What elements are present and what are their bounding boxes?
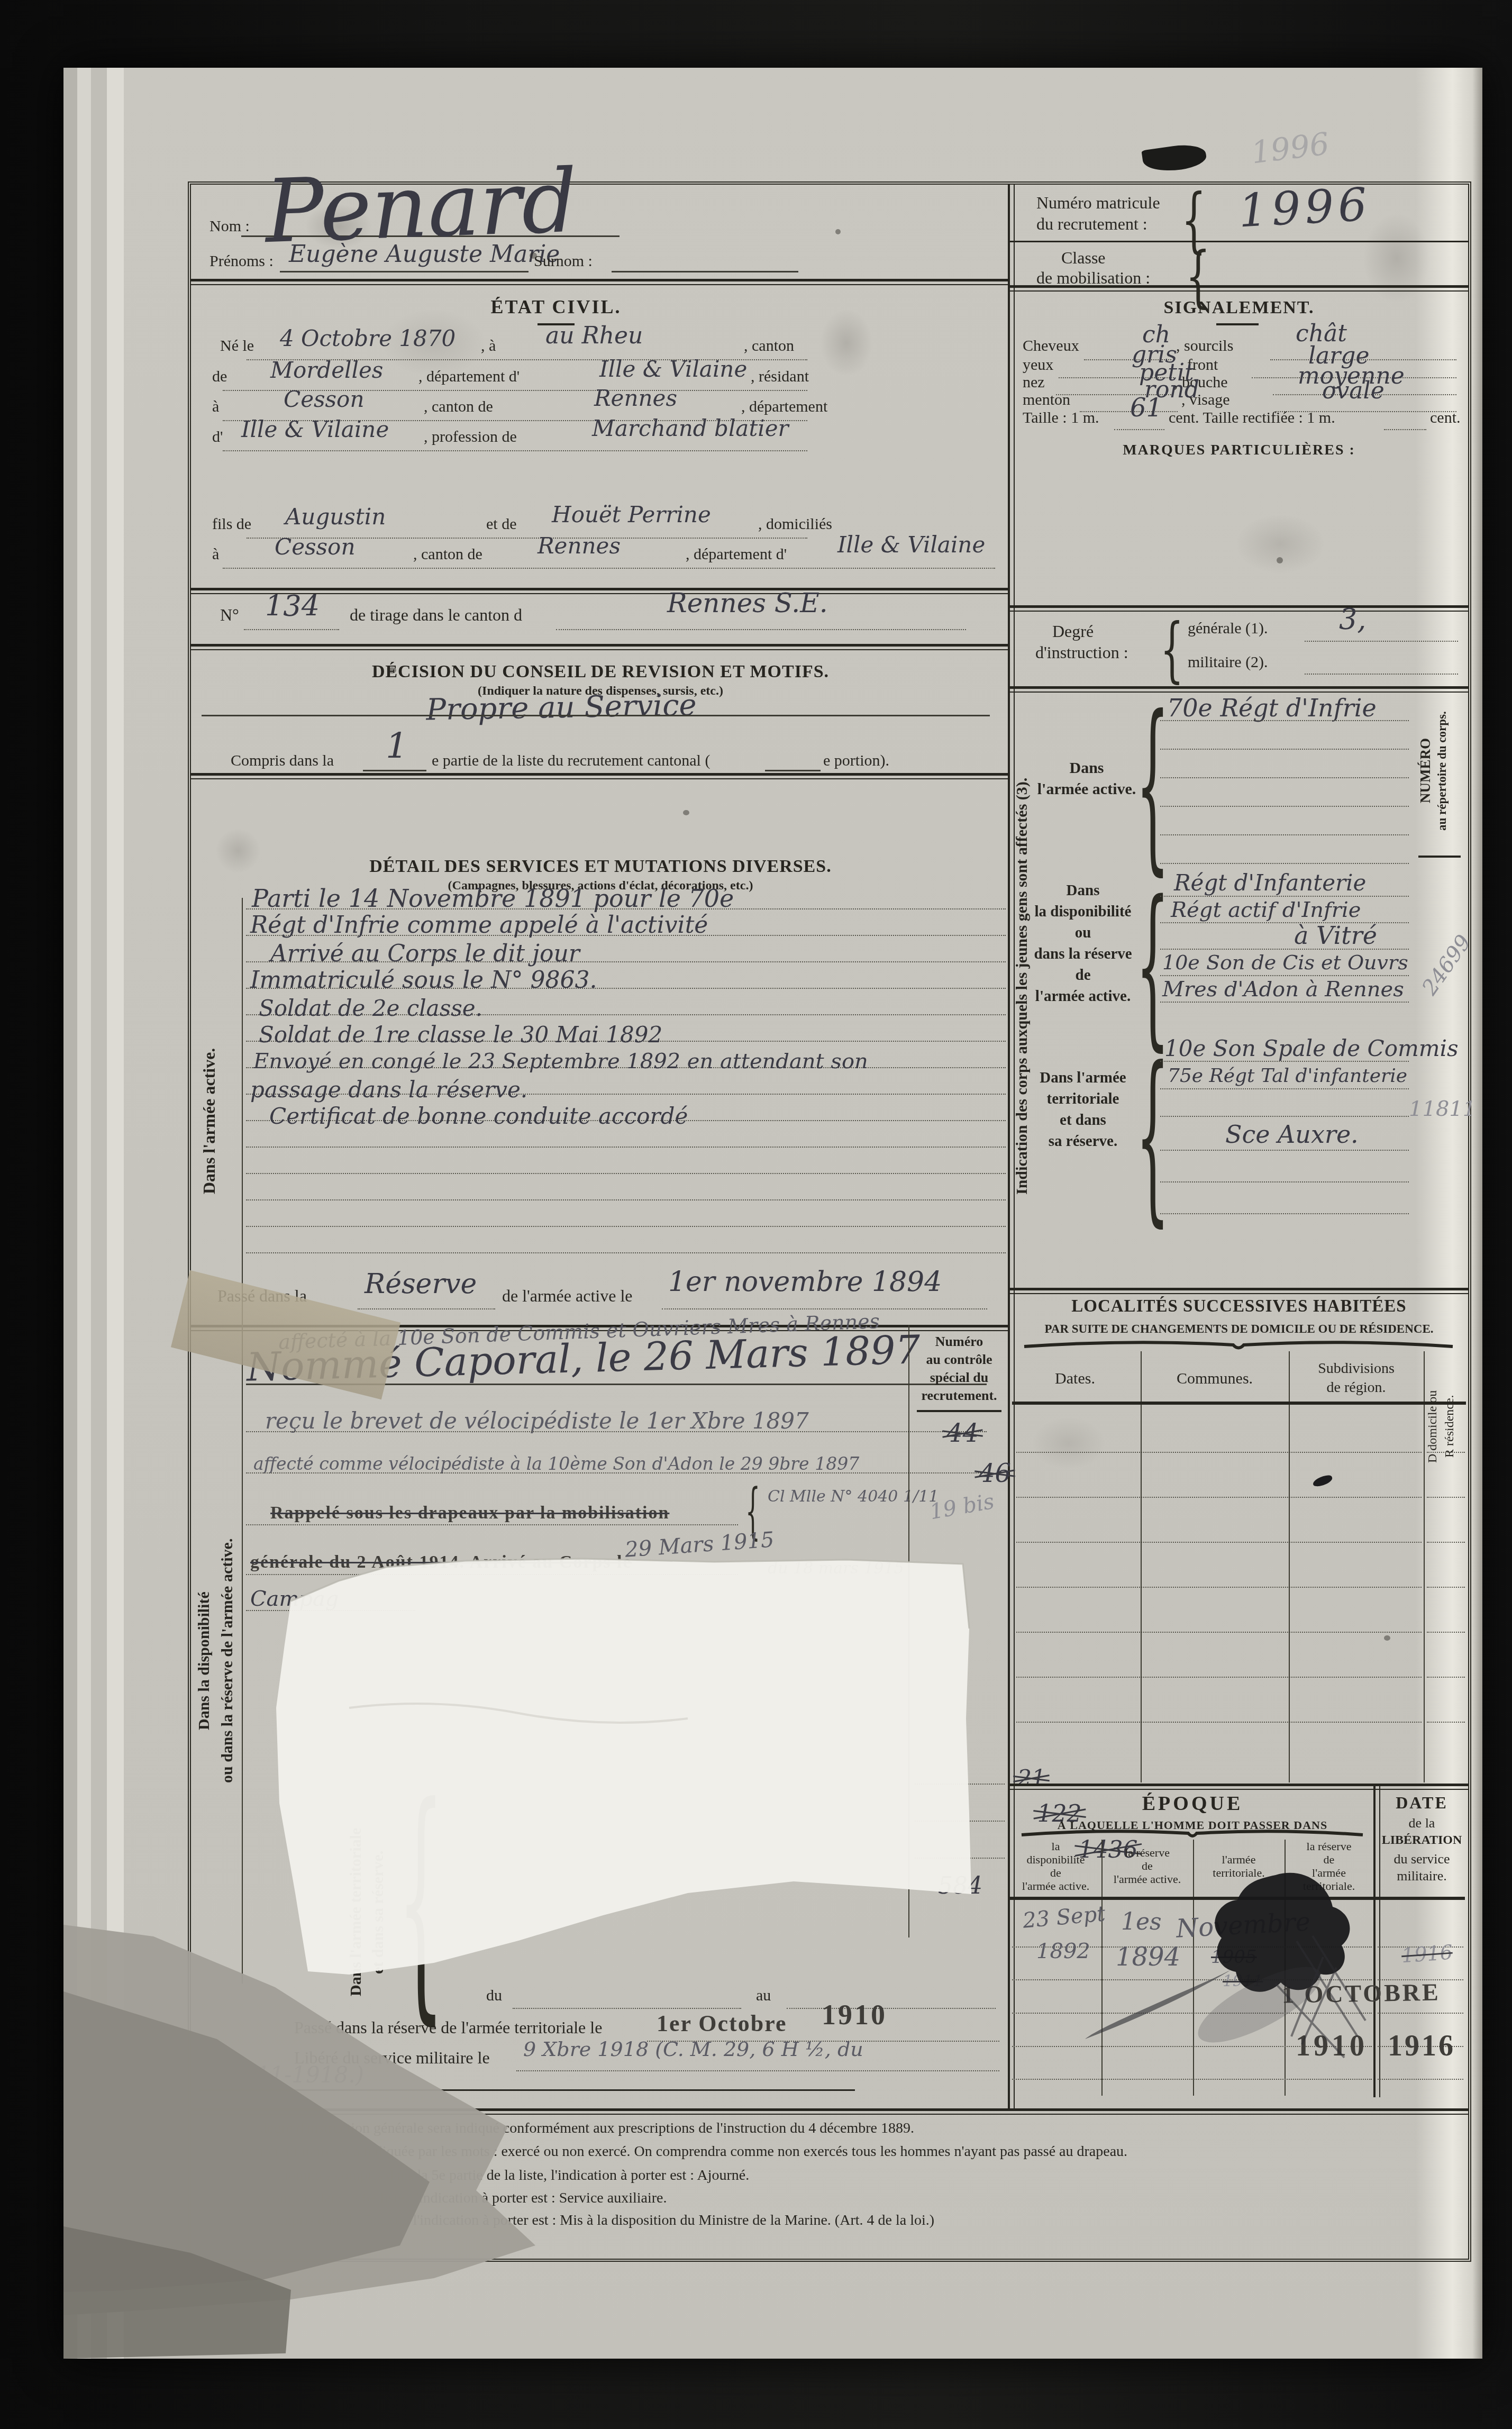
terr-value: Sce Auxre. bbox=[1225, 1120, 1359, 1149]
compris-partie: 1 bbox=[386, 725, 408, 766]
table-row-line bbox=[1427, 1677, 1465, 1678]
dispo-label: la disponibilité bbox=[1031, 903, 1135, 921]
repertoire-label: NUMÉRO bbox=[1417, 692, 1434, 850]
sidebar-territoriale-1: Dans l'armée territoriale bbox=[347, 1788, 365, 2036]
label: , résidant bbox=[751, 368, 809, 386]
degre-label: Degré bbox=[1052, 622, 1094, 641]
tirage-canton: Rennes S.E. bbox=[667, 588, 828, 618]
title-dash bbox=[1216, 323, 1259, 325]
write-line bbox=[1305, 674, 1458, 675]
brace: { bbox=[1160, 614, 1184, 685]
visage-value: ovale bbox=[1322, 377, 1385, 404]
service-entry: Régt d'Infrie comme appelé à l'activité bbox=[250, 912, 708, 939]
mobilisation-stamp: Rappelé sous les drapeaux par la mobilis… bbox=[270, 1503, 669, 1523]
brevet-note: reçu le brevet de vélocipédiste le 1er X… bbox=[265, 1408, 809, 1434]
terr-label: Dans l'armée bbox=[1031, 1069, 1135, 1087]
taille-cent-label: cent. bbox=[1430, 409, 1460, 427]
write-line bbox=[1160, 975, 1409, 976]
footnote: uction militaire sera indiquée par les m… bbox=[241, 2143, 1127, 2160]
brace: { bbox=[397, 1776, 444, 2028]
table-line bbox=[1141, 1351, 1142, 1782]
passe-territoriale-label: Passé dans la réserve de l'armée territo… bbox=[294, 2018, 602, 2037]
rule bbox=[1010, 686, 1468, 693]
octobre-stamp: 1er Octobre bbox=[657, 2010, 787, 2037]
write-line bbox=[1160, 1150, 1409, 1151]
dispo-value: Mres d'Adon à Rennes bbox=[1162, 977, 1404, 1002]
col-dr: D domicile ou bbox=[1426, 1355, 1440, 1498]
ink-splat bbox=[1311, 1474, 1333, 1488]
write-line bbox=[915, 1821, 1005, 1822]
date-header: de la bbox=[1378, 1815, 1466, 1831]
write-line bbox=[1114, 429, 1164, 430]
rule bbox=[1010, 1288, 1468, 1294]
tirage-label: de tirage dans le canton d bbox=[350, 605, 522, 625]
sidebar-disponibilite-2: ou dans la réserve de l'armée active. bbox=[218, 1349, 236, 1973]
repertoire-number: 11811 bbox=[1409, 1097, 1476, 1121]
rule bbox=[191, 279, 1010, 285]
rule bbox=[1418, 856, 1461, 858]
localites-title: LOCALITÉS SUCCESSIVES HABITÉES bbox=[1010, 1297, 1468, 1316]
militaire-label: militaire (2). bbox=[1188, 653, 1268, 671]
canton-naissance: Mordelles bbox=[270, 357, 383, 383]
rule bbox=[191, 773, 1010, 779]
dispo-label: Dans bbox=[1031, 882, 1135, 899]
write-line bbox=[246, 1431, 987, 1432]
armee-active-label2: l'armée active. bbox=[1036, 780, 1137, 798]
controle-note: Cl Mlle N° 4040 1/11 bbox=[768, 1487, 939, 1506]
label: , canton bbox=[744, 337, 794, 355]
photo-background: 1996 Nom : Penard Prénoms : Eugène Augus… bbox=[0, 0, 1512, 2429]
write-line bbox=[1160, 1116, 1409, 1117]
footnote: degré d'instruction générale sera indiqu… bbox=[260, 2120, 914, 2137]
arrive-date: 29 Mars 1915 bbox=[624, 1527, 775, 1562]
rule bbox=[1010, 241, 1468, 242]
classe-label: Classe bbox=[1061, 248, 1106, 268]
swash-divider bbox=[1022, 1338, 1455, 1352]
write-line bbox=[1160, 834, 1409, 835]
dispo-value: Régt actif d'Infrie bbox=[1171, 898, 1361, 922]
table-row-line bbox=[1427, 1632, 1465, 1633]
label: à bbox=[212, 545, 219, 563]
corps-active-value: 70e Régt d'Infrie bbox=[1167, 694, 1377, 722]
generale-label: générale (1). bbox=[1188, 620, 1268, 638]
epoque-title: ÉPOQUE bbox=[1010, 1792, 1375, 1815]
domicile-departement: Ille & Vilaine bbox=[837, 532, 985, 558]
etat-civil-title: ÉTAT CIVIL. bbox=[392, 296, 720, 318]
write-line bbox=[1160, 806, 1409, 807]
write-line bbox=[246, 1199, 1006, 1200]
table-line bbox=[1424, 1351, 1425, 1782]
label: d' bbox=[212, 428, 223, 446]
ink-speck bbox=[388, 667, 396, 674]
libere-value-2: 30-11-1918.) bbox=[220, 2062, 364, 2088]
service-entry: Arrivé au Corps le dit jour bbox=[270, 940, 580, 967]
epoque-value: 1916 bbox=[1401, 1941, 1454, 1968]
naissance-lieu: au Rheu bbox=[545, 322, 643, 349]
taille-label: Taille : 1 m. bbox=[1023, 409, 1099, 427]
passe-reserve-label2: de l'armée active le bbox=[502, 1286, 633, 1306]
write-line bbox=[662, 1308, 987, 1309]
matricule-value: 1996 bbox=[1237, 178, 1373, 238]
ink-speck bbox=[1384, 1635, 1390, 1641]
au-label: au bbox=[756, 1987, 771, 2005]
service-entry: Soldat de 2e classe. bbox=[259, 995, 482, 1021]
controle-value: 46 bbox=[979, 1459, 1011, 1488]
controle-header: Numéro bbox=[912, 1334, 1007, 1350]
pere: Augustin bbox=[285, 504, 386, 530]
left-number: 584 bbox=[938, 1872, 982, 1899]
controle-header: spécial du bbox=[912, 1370, 1007, 1386]
col-dates: Dates. bbox=[1014, 1370, 1136, 1388]
footnote: hommes compris dans la 5e partie de la l… bbox=[281, 2167, 749, 2184]
spine-strip bbox=[63, 68, 77, 2359]
spine-strip bbox=[91, 68, 107, 2359]
menton-label: menton bbox=[1023, 391, 1070, 409]
du-label: du bbox=[486, 1987, 502, 2005]
dispo-value: Régt d'Infanterie bbox=[1174, 870, 1366, 896]
libere-value: 9 Xbre 1918 (C. M. 29, 6 H ½, du bbox=[523, 2037, 863, 2061]
generale-value: 3, bbox=[1339, 603, 1367, 636]
table-row-line bbox=[1427, 1587, 1465, 1588]
terr-label: et dans bbox=[1031, 1112, 1135, 1129]
dispo-value: à Vitré bbox=[1294, 921, 1377, 950]
dispo-label: dans la réserve bbox=[1031, 945, 1135, 963]
write-line bbox=[246, 1147, 1006, 1148]
epoque-col-header: la réserve bbox=[1287, 1840, 1371, 1853]
sidebar-disponibilite-1: Dans la disponibilité bbox=[195, 1349, 213, 1973]
ink-splotch bbox=[1141, 142, 1207, 175]
dispo-label: ou bbox=[1031, 924, 1135, 942]
detail-title: DÉTAIL DES SERVICES ET MUTATIONS DIVERSE… bbox=[230, 857, 971, 877]
terr-label: sa réserve. bbox=[1031, 1133, 1135, 1150]
table-row-line bbox=[1016, 1722, 1422, 1723]
label: et de bbox=[486, 515, 516, 533]
armee-active-label: Dans bbox=[1036, 759, 1137, 777]
register-page: 1996 Nom : Penard Prénoms : Eugène Augus… bbox=[63, 68, 1482, 2359]
write-line bbox=[246, 1226, 1006, 1227]
label: , département d' bbox=[418, 368, 520, 386]
write-line bbox=[765, 770, 821, 771]
controle-value: 44 bbox=[946, 1418, 979, 1448]
write-line bbox=[1305, 641, 1458, 642]
cheveux-label: Cheveux bbox=[1023, 337, 1079, 355]
write-line bbox=[556, 629, 966, 630]
write-line bbox=[1160, 1002, 1409, 1003]
surnom-line bbox=[612, 271, 798, 272]
epoque-col-header: la réserve bbox=[1104, 1846, 1191, 1860]
footnote: x compris dans la 6e liste, l'indication… bbox=[254, 2190, 667, 2207]
col-dr2: R résidence. bbox=[1443, 1355, 1457, 1498]
write-line bbox=[516, 2070, 999, 2071]
label: , canton de bbox=[413, 545, 482, 563]
ne-le: Né le bbox=[220, 337, 254, 355]
service-entry: Immatriculé sous le N° 9863. bbox=[250, 967, 597, 994]
domicile-commune: Cesson bbox=[275, 534, 355, 560]
domicile-canton: Rennes bbox=[538, 533, 621, 559]
label: , canton de bbox=[424, 398, 493, 416]
taille-rect-label: cent. Taille rectifiée : 1 m. bbox=[1169, 409, 1335, 427]
passe-reserve-value: Réserve bbox=[365, 1268, 477, 1300]
write-line bbox=[1160, 949, 1409, 950]
write-line bbox=[246, 1173, 1006, 1174]
repertoire-number: 24699 bbox=[1417, 931, 1476, 1000]
write-line bbox=[246, 1610, 415, 1611]
table-row-line bbox=[1427, 1497, 1465, 1498]
rule bbox=[1012, 1402, 1466, 1405]
write-line bbox=[1160, 1213, 1409, 1214]
write-line bbox=[915, 1858, 1005, 1859]
epoque-col-header: la bbox=[1012, 1840, 1099, 1853]
residence-canton: Rennes bbox=[594, 385, 677, 411]
brace: { bbox=[1136, 1044, 1170, 1229]
stamp-1916: 1916 bbox=[1388, 2029, 1455, 2063]
rule bbox=[917, 1410, 1001, 1412]
table-row-line bbox=[1427, 1542, 1465, 1543]
repertoire-label2: au répertoire du corps. bbox=[1435, 692, 1449, 850]
label: , domiciliés bbox=[758, 515, 832, 533]
table-row-line bbox=[1016, 1542, 1422, 1543]
controle-note-2: du 18 mars 1915 bbox=[768, 1559, 904, 1578]
visage-label: , visage bbox=[1181, 391, 1230, 409]
write-line bbox=[246, 1524, 738, 1525]
ink-speck bbox=[530, 252, 537, 259]
rule bbox=[1010, 285, 1468, 292]
table-line bbox=[1289, 1351, 1290, 1782]
compris-label3: e portion). bbox=[823, 752, 889, 770]
table-row-line bbox=[1427, 1452, 1465, 1453]
passe-reserve-date: 1er novembre 1894 bbox=[668, 1266, 942, 1298]
sidebar-line bbox=[242, 1325, 243, 1984]
date-header: DATE bbox=[1378, 1793, 1466, 1813]
label: à bbox=[212, 398, 219, 416]
sidebar-armee-active: Dans l'armée active. bbox=[199, 920, 219, 1322]
dispo-label: l'armée active. bbox=[1031, 988, 1135, 1005]
rule bbox=[199, 2089, 855, 2091]
service-entry: Envoyé en congé le 23 Septembre 1892 en … bbox=[253, 1049, 868, 1074]
torn-fragment: Pour ceux bbox=[233, 2198, 289, 2216]
rule bbox=[191, 644, 1010, 650]
label: fils de bbox=[212, 515, 251, 533]
surnom-label: Surnom : bbox=[534, 252, 593, 270]
ink-speck bbox=[835, 229, 841, 234]
sidebar-indication-corps: Indication des corps auxquels les jeunes… bbox=[1013, 693, 1031, 1280]
write-line bbox=[1160, 1181, 1409, 1182]
form-frame: Nom : Penard Prénoms : Eugène Auguste Ma… bbox=[188, 181, 1471, 2262]
dispo-label: de bbox=[1031, 967, 1135, 984]
rule bbox=[1010, 605, 1468, 612]
controle-header: recrutement. bbox=[912, 1388, 1007, 1404]
numero-tirage: 134 bbox=[265, 589, 320, 623]
taille-value: 61 bbox=[1130, 393, 1162, 423]
write-line bbox=[244, 629, 339, 630]
yeux-label: yeux bbox=[1023, 356, 1053, 374]
departement-naissance: Ille & Vilaine bbox=[599, 356, 747, 382]
matricule-label: Numéro matricule bbox=[1036, 193, 1160, 213]
decision-title: DÉCISION DU CONSEIL DE REVISION ET MOTIF… bbox=[230, 662, 971, 682]
write-line bbox=[363, 770, 426, 771]
matricule-label2: du recrutement : bbox=[1036, 214, 1147, 234]
spine-strip bbox=[107, 68, 124, 2359]
write-line bbox=[358, 1308, 495, 1309]
table-row-line bbox=[1016, 1587, 1422, 1588]
write-line bbox=[223, 568, 995, 569]
terr-value: 75e Régt Tal d'infanterie bbox=[1168, 1065, 1407, 1087]
write-line bbox=[1160, 863, 1409, 864]
prenoms-value: Eugène Auguste Marie bbox=[289, 241, 560, 268]
nom-label: Nom : bbox=[210, 217, 250, 235]
table-row-line bbox=[1427, 1722, 1465, 1723]
sidebar-line bbox=[242, 898, 243, 1325]
service-entry: Certificat de bonne conduite accordé bbox=[269, 1103, 688, 1129]
compris-label2: e partie de la liste du recrutement cant… bbox=[432, 752, 710, 770]
velocipediste-note: affecté comme vélocipédiste à la 10ème S… bbox=[253, 1453, 859, 1474]
service-entry: Soldat de 1re classe le 30 Mai 1892 bbox=[259, 1022, 662, 1048]
dispo-value: 10e Son de Cis et Ouvrs bbox=[1162, 951, 1408, 974]
col-communes: Communes. bbox=[1141, 1370, 1289, 1388]
table-row-line bbox=[1016, 1497, 1422, 1498]
campagnes-note: Campag bbox=[250, 1587, 339, 1611]
col-subdivisions2: de région. bbox=[1289, 1379, 1424, 1396]
write-line bbox=[915, 1784, 1005, 1785]
annee-stamp: 1910 bbox=[822, 1998, 887, 2031]
controle-header: au contrôle bbox=[912, 1352, 1007, 1368]
residence-departement: Ille & Vilaine bbox=[241, 416, 389, 442]
date-header: LIBÉRATION bbox=[1378, 1833, 1466, 1848]
label: , à bbox=[481, 337, 496, 355]
nez-label: nez bbox=[1023, 374, 1045, 392]
signalement-title: SIGNALEMENT. bbox=[1010, 298, 1468, 318]
write-line bbox=[1160, 1088, 1409, 1089]
naissance-date: 4 Octobre 1870 bbox=[280, 325, 456, 351]
ink-blot bbox=[1048, 1862, 1397, 2095]
label: de bbox=[212, 368, 227, 386]
service-entry: passage dans la réserve. bbox=[250, 1077, 527, 1103]
ink-speck bbox=[683, 810, 689, 815]
write-line bbox=[246, 1472, 987, 1473]
label: , département d' bbox=[686, 545, 787, 563]
localites-subtitle: PAR SUITE DE CHANGEMENTS DE DOMICILE OU … bbox=[1010, 1322, 1468, 1336]
table-row-line bbox=[1016, 1677, 1422, 1678]
rule bbox=[191, 2108, 1468, 2115]
torn-fragment: Pour les bbox=[238, 2169, 283, 2187]
footnote: ompris dans la 7e liste, l'indication à … bbox=[273, 2212, 934, 2229]
write-line bbox=[1160, 720, 1409, 721]
write-line bbox=[202, 715, 990, 716]
rule bbox=[1010, 1784, 1468, 1790]
terr-label: territoriale bbox=[1031, 1090, 1135, 1108]
terr-value: 10e Son Spale de Commis bbox=[1164, 1035, 1459, 1061]
controle-column-line bbox=[908, 1325, 909, 1937]
write-line bbox=[246, 1252, 1006, 1253]
residence-commune: Cesson bbox=[284, 386, 364, 412]
write-line bbox=[223, 450, 807, 451]
write-line bbox=[1160, 896, 1409, 897]
service-entry: Parti le 14 Novembre 1891 pour le 70e bbox=[252, 884, 734, 913]
mere: Houët Perrine bbox=[552, 502, 711, 527]
compris-label: Compris dans la bbox=[231, 752, 334, 770]
label: , département bbox=[741, 398, 827, 416]
ink-speck bbox=[1277, 557, 1283, 563]
table-row-line bbox=[1016, 1632, 1422, 1633]
table-row-line bbox=[1016, 1452, 1422, 1453]
profession: Marchand blatier bbox=[592, 415, 789, 441]
write-line bbox=[246, 1574, 738, 1575]
write-line bbox=[1384, 429, 1426, 430]
prenoms-label: Prénoms : bbox=[210, 252, 274, 270]
marques-label: MARQUES PARTICULIÈRES : bbox=[1010, 442, 1468, 459]
write-line bbox=[787, 2008, 996, 2009]
spine-strip bbox=[77, 68, 91, 2359]
write-line bbox=[513, 2008, 741, 2009]
prenoms-line bbox=[280, 271, 529, 272]
write-line bbox=[1160, 777, 1409, 778]
label: , profession de bbox=[424, 428, 517, 446]
degre-label2: d'instruction : bbox=[1035, 643, 1128, 662]
write-line bbox=[1160, 1061, 1409, 1062]
generale-stamp: générale du 2 Août 1914. Arrivé au Corps… bbox=[250, 1552, 632, 1572]
col-subdivisions: Subdivisions bbox=[1289, 1360, 1424, 1377]
write-line bbox=[1160, 749, 1409, 750]
sourcils-label: , sourcils bbox=[1176, 337, 1233, 355]
numero-label: N° bbox=[220, 605, 239, 625]
sidebar-territoriale-2: et dans sa réserve. bbox=[369, 1788, 387, 2036]
pencil-matricule-note: 1996 bbox=[1249, 125, 1331, 170]
swash-divider bbox=[1019, 1828, 1365, 1840]
decision-value: Propre au Service bbox=[349, 687, 773, 729]
